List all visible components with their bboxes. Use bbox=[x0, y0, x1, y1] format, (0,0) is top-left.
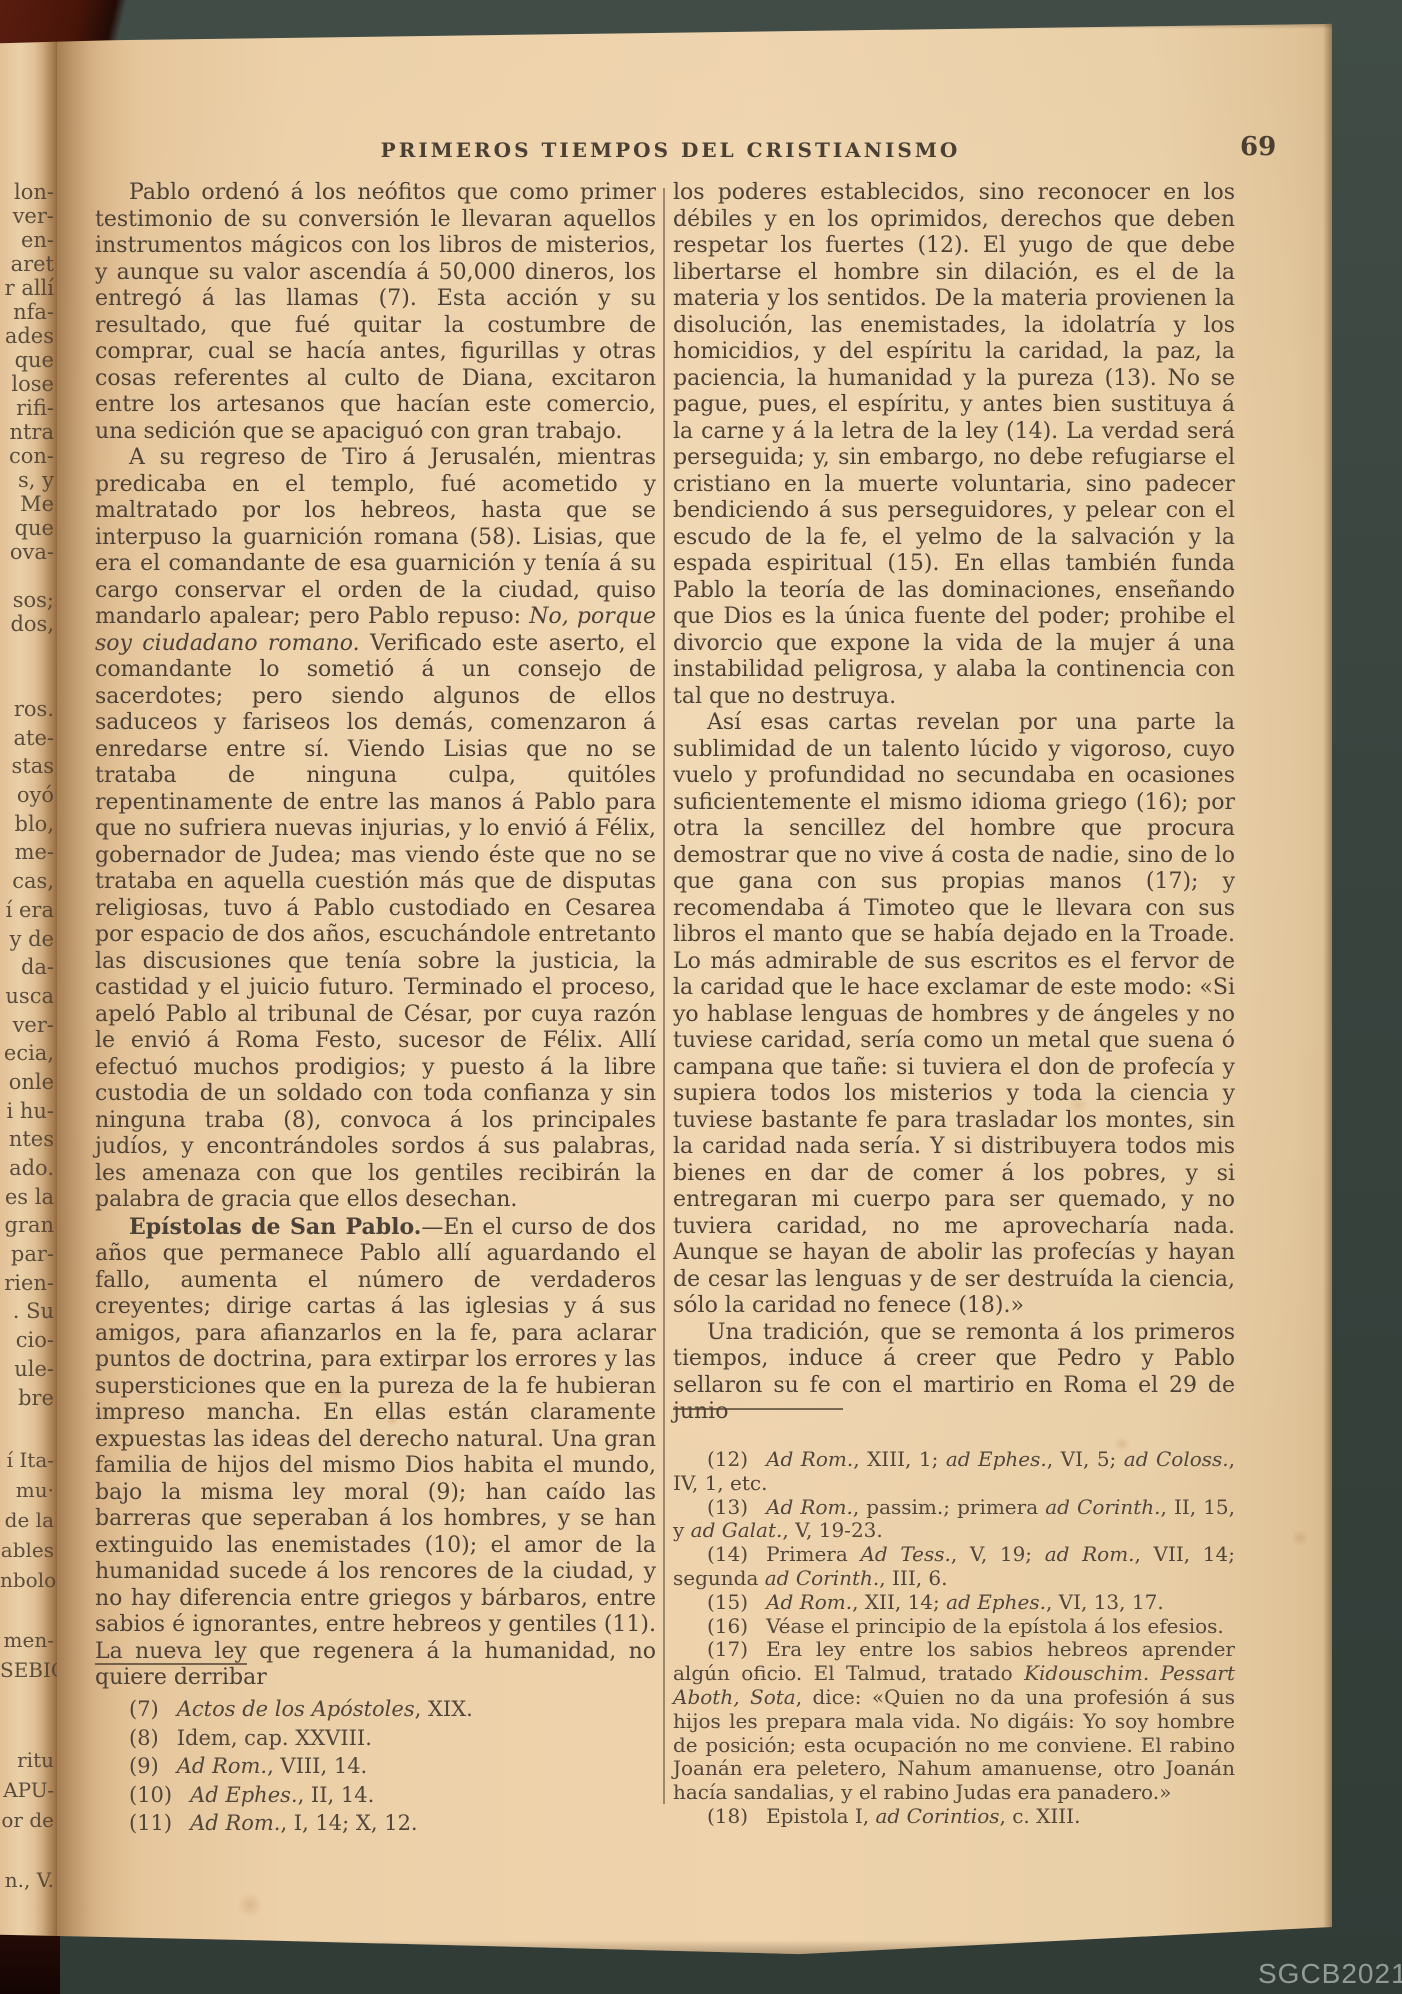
spine-fragment: ate- bbox=[0, 724, 54, 753]
watermark: SGCB2021 bbox=[1258, 1958, 1402, 1990]
spine-fragment: lose bbox=[0, 372, 54, 396]
footnote: (10)Ad Ephes., II, 14. bbox=[95, 1781, 656, 1810]
text-segment: ad Corinth. bbox=[1045, 1495, 1160, 1519]
footnote-text: Actos de los Apóstoles, XIX. bbox=[177, 1697, 473, 1721]
spine-fragment: con- bbox=[0, 444, 54, 468]
spine-fragment: i hu- bbox=[0, 1097, 54, 1126]
spine-fragment: es la bbox=[0, 1183, 54, 1212]
left-footnotes: (7)Actos de los Apóstoles, XIX. (8)Idem,… bbox=[95, 1695, 656, 1838]
spine-fragment: . Su bbox=[0, 1297, 54, 1326]
spine-fragment: ado. bbox=[0, 1154, 54, 1183]
text-segment: , passim.; primera bbox=[853, 1495, 1045, 1519]
spine-fragment bbox=[0, 1835, 54, 1865]
footnote: (16)Véase el principio de la epístola á … bbox=[673, 1615, 1235, 1639]
footnote-text: Idem, cap. XXVIII. bbox=[177, 1726, 372, 1750]
left-column: Pablo ordenó á los neófitos que como pri… bbox=[95, 180, 656, 1692]
spine-fragment: gran bbox=[0, 1211, 54, 1240]
spine-fragment: r allí bbox=[0, 276, 54, 300]
text-segment: , VI, 13, 17. bbox=[1046, 1590, 1164, 1614]
paragraph: los poderes establecidos, sino reconocer… bbox=[673, 180, 1235, 710]
footnote-number: (11) bbox=[129, 1811, 172, 1835]
footnote-text: Epistola I, ad Corintios, c. XIII. bbox=[766, 1804, 1080, 1828]
text-segment: , II, 14. bbox=[298, 1783, 375, 1807]
footnote: (7)Actos de los Apóstoles, XIX. bbox=[95, 1695, 656, 1724]
spine-fragment: SEBIO bbox=[0, 1655, 54, 1685]
scanned-book-photo: { "header": { "title": "PRIMEROS TIEMPOS… bbox=[0, 0, 1402, 1994]
spine-fragment: ova- bbox=[0, 540, 54, 564]
spine-fragment: aret bbox=[0, 252, 54, 276]
running-header-title: PRIMEROS TIEMPOS DEL CRISTIANISMO bbox=[57, 138, 1332, 162]
footnote-number: (7) bbox=[129, 1697, 159, 1721]
footnote-text: Primera Ad Tess., V, 19; ad Rom., VII, 1… bbox=[673, 1542, 1235, 1590]
text-segment: Pablo ordenó á los neófitos que como pri… bbox=[95, 180, 656, 444]
spine-fragment: n., V. bbox=[0, 1865, 54, 1895]
spine-fragment: ver- bbox=[0, 204, 54, 228]
spine-fragment: dos, bbox=[0, 612, 54, 636]
spine-fragment: me- bbox=[0, 838, 54, 867]
footnote-text: Era ley entre los sabios hebreos aprende… bbox=[673, 1637, 1235, 1804]
spine-fragment: men- bbox=[0, 1625, 54, 1655]
spine-fragment bbox=[0, 564, 54, 588]
spine-fragment: mu· bbox=[0, 1475, 54, 1505]
footnote-text: Ad Rom., XII, 14; ad Ephes., VI, 13, 17. bbox=[766, 1590, 1164, 1614]
text-segment: Ad Ephes. bbox=[190, 1783, 297, 1807]
footnote-number: (9) bbox=[129, 1754, 159, 1778]
text-segment: ad Rom. bbox=[1045, 1542, 1135, 1566]
text-segment: ad Coloss. bbox=[1124, 1447, 1229, 1471]
text-segment: Véase el principio de la epístola á los … bbox=[766, 1614, 1224, 1638]
text-segment: , XIX. bbox=[415, 1697, 473, 1721]
spine-fragment bbox=[0, 1595, 54, 1625]
text-segment: Actos de los Apóstoles bbox=[177, 1697, 415, 1721]
spine-fragments-bottom: í Ita-mu·de laablesnbolomen-SEBIOrituAPU… bbox=[0, 1445, 54, 1895]
footnote-number: (18) bbox=[707, 1804, 748, 1828]
footnote-text: Ad Rom., XIII, 1; ad Ephes., VI, 5; ad C… bbox=[673, 1447, 1235, 1495]
spine-fragment: cio- bbox=[0, 1326, 54, 1355]
spine-fragment: s, y bbox=[0, 468, 54, 492]
spine-fragment: nbolo bbox=[0, 1565, 54, 1595]
text-segment: Ad Tess. bbox=[860, 1542, 950, 1566]
footnote: (14)Primera Ad Tess., V, 19; ad Rom., VI… bbox=[673, 1543, 1235, 1591]
spine-fragment: rien- bbox=[0, 1269, 54, 1298]
text-segment: ad Corintios bbox=[876, 1804, 1000, 1828]
spine-fragment bbox=[0, 1715, 54, 1745]
footnote: (17)Era ley entre los sabios hebreos apr… bbox=[673, 1638, 1235, 1805]
footnote-number: (17) bbox=[707, 1637, 748, 1661]
spine-fragment: da- bbox=[0, 953, 54, 982]
spine-fragment: ver- bbox=[0, 1011, 54, 1040]
text-segment: Así esas cartas revelan por una parte la… bbox=[673, 710, 1235, 1318]
text-segment: ad Ephes. bbox=[946, 1590, 1046, 1614]
spine-fragment: Me bbox=[0, 492, 54, 516]
text-segment: los poderes establecidos, sino reconocer… bbox=[673, 180, 1235, 709]
spine-fragment: que bbox=[0, 516, 54, 540]
text-segment: —En el curso de dos años que permanece P… bbox=[95, 1215, 656, 1691]
spine-fragment: y de bbox=[0, 925, 54, 954]
spine-fragment: onle bbox=[0, 1068, 54, 1097]
text-segment: , VI, 5; bbox=[1047, 1447, 1124, 1471]
footnote: (13)Ad Rom., passim.; primera ad Corinth… bbox=[673, 1496, 1235, 1544]
footnote-number: (13) bbox=[707, 1495, 748, 1519]
spine-fragment: rifi- bbox=[0, 396, 54, 420]
text-segment: Ad Rom. bbox=[190, 1811, 280, 1835]
footnote-text: Véase el principio de la epístola á los … bbox=[766, 1614, 1224, 1638]
spine-fragment: sos; bbox=[0, 588, 54, 612]
footnote-number: (15) bbox=[707, 1590, 748, 1614]
footnote: (11)Ad Rom., I, 14; X, 12. bbox=[95, 1809, 656, 1838]
spine-fragment: APU- bbox=[0, 1775, 54, 1805]
footnote: (8)Idem, cap. XXVIII. bbox=[95, 1724, 656, 1753]
footnote-text: Ad Rom., VIII, 14. bbox=[177, 1754, 367, 1778]
column-divider-rule bbox=[663, 188, 665, 1804]
right-column: los poderes establecidos, sino reconocer… bbox=[673, 180, 1235, 1426]
text-segment: Idem, cap. XXVIII. bbox=[177, 1726, 372, 1750]
spine-fragment: í Ita- bbox=[0, 1445, 54, 1475]
paragraph: A su regreso de Tiro á Jerusalén, mientr… bbox=[95, 445, 656, 1214]
spine-fragment: ecia, bbox=[0, 1039, 54, 1068]
spine-fragment bbox=[0, 1685, 54, 1715]
page-edge-shadow-bottom bbox=[0, 1940, 1332, 1956]
text-segment: , XII, 14; bbox=[852, 1590, 946, 1614]
footnote: (18)Epistola I, ad Corintios, c. XIII. bbox=[673, 1805, 1235, 1829]
paragraph: Epístolas de San Pablo.—En el curso de d… bbox=[95, 1214, 656, 1692]
footnote: (9)Ad Rom., VIII, 14. bbox=[95, 1752, 656, 1781]
text-segment: ad Galat. bbox=[691, 1518, 783, 1542]
text-segment: Ad Rom. bbox=[766, 1447, 853, 1471]
footnote: (15)Ad Rom., XII, 14; ad Ephes., VI, 13,… bbox=[673, 1591, 1235, 1615]
text-segment: , III, 6. bbox=[879, 1566, 947, 1590]
footnote-text: Ad Rom., passim.; primera ad Corinth., I… bbox=[673, 1495, 1235, 1543]
text-segment: A su regreso de Tiro á Jerusalén, mientr… bbox=[95, 445, 656, 629]
text-segment: Ad Rom. bbox=[177, 1754, 267, 1778]
spine-fragment: ros. bbox=[0, 695, 54, 724]
text-segment: , VIII, 14. bbox=[267, 1754, 367, 1778]
text-segment: Ad Rom. bbox=[766, 1495, 853, 1519]
text-segment: , V, 19; bbox=[951, 1542, 1045, 1566]
footnote-text: Ad Ephes., II, 14. bbox=[190, 1783, 374, 1807]
spine-fragment: oyó bbox=[0, 781, 54, 810]
text-segment: Ad Rom. bbox=[766, 1590, 852, 1614]
text-segment: , V, 19-23. bbox=[782, 1518, 882, 1542]
spine-fragments-top: lon-ver-en-aretr allínfa-adesqueloserifi… bbox=[0, 180, 54, 636]
spine-fragment: stas bbox=[0, 752, 54, 781]
footnote-rule-right bbox=[673, 1408, 843, 1410]
page-edge-shadow-right bbox=[1323, 20, 1332, 1956]
spine-fragment: ritu bbox=[0, 1745, 54, 1775]
right-footnotes: (12)Ad Rom., XIII, 1; ad Ephes., VI, 5; … bbox=[673, 1448, 1235, 1829]
spine-fragment: ntes bbox=[0, 1125, 54, 1154]
spine-fragment: í era bbox=[0, 896, 54, 925]
footnote-number: (16) bbox=[707, 1614, 748, 1638]
spine-fragment: ntra bbox=[0, 420, 54, 444]
text-segment: , c. XIII. bbox=[1000, 1804, 1081, 1828]
text-segment: Epistola I, bbox=[766, 1804, 875, 1828]
text-segment: Verificado este aserto, el comandante lo… bbox=[95, 631, 656, 1213]
text-segment: ad Corinth. bbox=[765, 1566, 880, 1590]
footnote: (12)Ad Rom., XIII, 1; ad Ephes., VI, 5; … bbox=[673, 1448, 1235, 1496]
text-segment: , I, 14; X, 12. bbox=[280, 1811, 417, 1835]
spine-fragment: ades bbox=[0, 324, 54, 348]
spine-fragment: en- bbox=[0, 228, 54, 252]
page-number: 69 bbox=[1240, 132, 1276, 162]
footnote-number: (12) bbox=[707, 1447, 748, 1471]
spine-fragment: que bbox=[0, 348, 54, 372]
spine-fragment: bre bbox=[0, 1384, 54, 1413]
spine-fragment: de la bbox=[0, 1505, 54, 1535]
spine-fragment: ule- bbox=[0, 1355, 54, 1384]
paragraph: Pablo ordenó á los neófitos que como pri… bbox=[95, 180, 656, 445]
footnote-number: (14) bbox=[707, 1542, 748, 1566]
spine-fragment: lon- bbox=[0, 180, 54, 204]
text-segment: Primera bbox=[766, 1542, 860, 1566]
text-segment: , XIII, 1; bbox=[853, 1447, 946, 1471]
spine-fragment: nfa- bbox=[0, 300, 54, 324]
footnote-text: Ad Rom., I, 14; X, 12. bbox=[190, 1811, 418, 1835]
footnote-rule-left bbox=[95, 1663, 247, 1665]
text-segment: Epístolas de San Pablo. bbox=[129, 1214, 421, 1240]
book-page-spread: lon-ver-en-aretr allínfa-adesqueloserifi… bbox=[0, 20, 1332, 1956]
spine-fragment: cas, bbox=[0, 867, 54, 896]
footnote-number: (8) bbox=[129, 1726, 159, 1750]
spine-fragment: par- bbox=[0, 1240, 54, 1269]
footnote-number: (10) bbox=[129, 1783, 172, 1807]
text-segment: ad Ephes. bbox=[946, 1447, 1047, 1471]
facing-page-edge: lon-ver-en-aretr allínfa-adesqueloserifi… bbox=[0, 20, 57, 1956]
spine-fragment: usca bbox=[0, 982, 54, 1011]
spine-fragment: ables bbox=[0, 1535, 54, 1565]
spine-fragment: blo, bbox=[0, 810, 54, 839]
paragraph: Así esas cartas revelan por una parte la… bbox=[673, 710, 1235, 1320]
spine-fragment: or de bbox=[0, 1805, 54, 1835]
spine-fragments-middle: ros.ate-stasoyóblo,me-cas,í eray deda-us… bbox=[0, 695, 54, 1412]
